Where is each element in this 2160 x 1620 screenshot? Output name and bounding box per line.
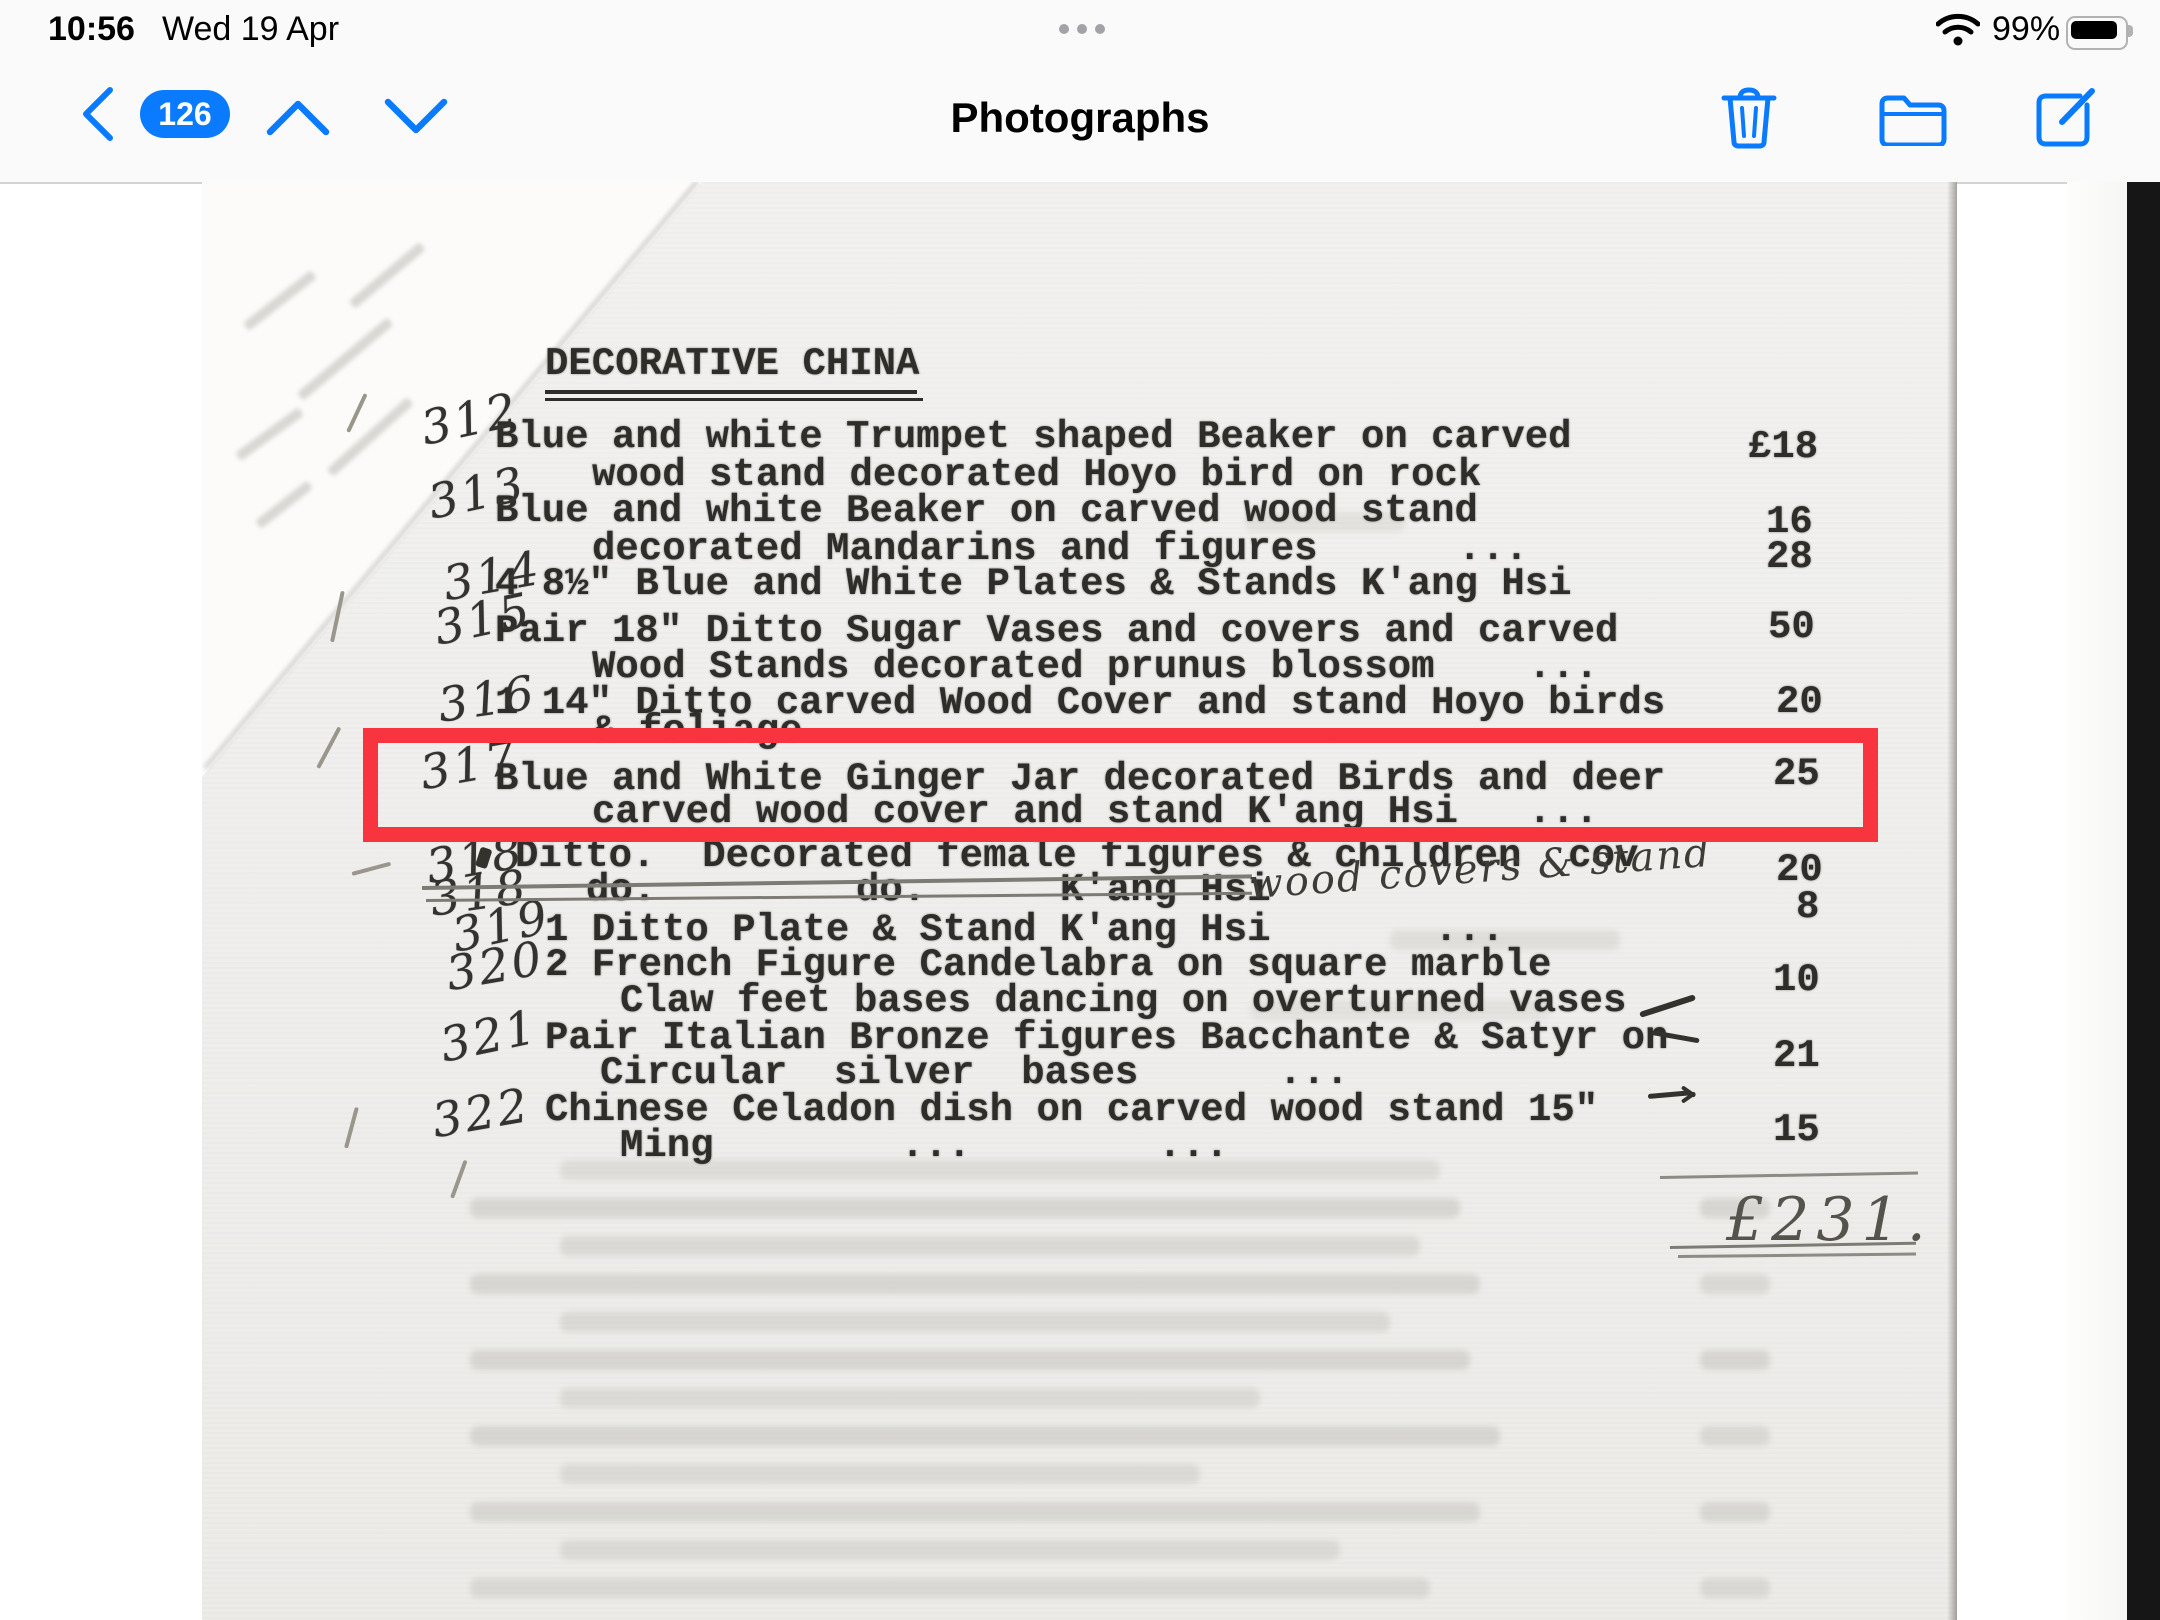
battery-cap	[2128, 25, 2133, 37]
next-photo-edge-dark	[2127, 182, 2160, 1620]
price-value-321: 21	[1773, 1037, 1820, 1076]
price-value-320: 10	[1773, 961, 1820, 1000]
bleed-through-text	[1700, 1578, 1770, 1598]
highlight-red-box	[363, 728, 1878, 842]
bleed-through-text	[560, 1464, 1200, 1484]
catalog-item-318-fragment: do.	[856, 871, 926, 910]
wifi-icon	[1936, 12, 1980, 46]
battery-icon	[2066, 16, 2128, 50]
bleed-through-text	[1700, 1350, 1770, 1370]
bleed-through-text	[470, 1502, 1480, 1522]
price-value-312: £18	[1748, 428, 1818, 467]
bleed-through-text	[1700, 1274, 1770, 1294]
bleed-through-text	[470, 1578, 1430, 1598]
catalog-item-312-line1: Blue and white Trumpet shaped Beaker on …	[495, 418, 1572, 457]
price-value-316: 20	[1776, 683, 1823, 722]
clock: 10:56	[48, 10, 135, 49]
page-title: Photographs	[0, 94, 2160, 142]
date: Wed 19 Apr	[162, 10, 339, 49]
price-value-315: 50	[1768, 608, 1815, 647]
paper-edge-shadow	[1947, 182, 1957, 1620]
bleed-through-text	[470, 1274, 1480, 1294]
ipad-screen: 10:56 Wed 19 Apr 99% 126 Photographs	[0, 0, 2160, 1620]
document-photograph[interactable]: DECORATIVE CHINA312Blue and white Trumpe…	[202, 182, 1957, 1620]
bleed-through-text	[560, 1312, 1390, 1332]
heading-underline	[545, 398, 923, 401]
mail-toolbar: 126 Photographs	[0, 54, 2160, 184]
bleed-through-text	[560, 1388, 1260, 1408]
folder-icon[interactable]	[1878, 92, 1948, 146]
bleed-through-text	[560, 1236, 1420, 1256]
bleed-through-text	[1700, 1426, 1770, 1446]
next-photo-edge-light	[2067, 182, 2127, 1620]
status-bar: 10:56 Wed 19 Apr 99%	[0, 0, 2160, 54]
catalog-item-314-line1: 4 8½" Blue and White Plates & Stands K'a…	[495, 565, 1572, 604]
bleed-through-text	[470, 1426, 1500, 1446]
bleed-through-text	[470, 1198, 1460, 1218]
trash-icon[interactable]	[1720, 86, 1778, 150]
bleed-through-text	[470, 1350, 1470, 1370]
total-amount-handwritten: £231.	[1726, 1185, 1933, 1255]
price-value-322: 15	[1773, 1111, 1820, 1150]
bleed-through-text	[1700, 1502, 1770, 1522]
document-heading: DECORATIVE CHINA	[545, 345, 919, 384]
heading-underline	[545, 390, 917, 394]
compose-icon[interactable]	[2034, 86, 2100, 150]
multitasking-dots-icon[interactable]	[1059, 24, 1105, 34]
catalog-item-322-line2: Ming ... ...	[620, 1127, 1229, 1166]
price-value-318: 8	[1796, 888, 1819, 927]
price-value-314: 28	[1766, 538, 1813, 577]
catalog-item-318-fragment: do.	[586, 871, 656, 910]
catalog-item-313-line1: Blue and white Beaker on carved wood sta…	[495, 492, 1478, 531]
battery-percent: 99%	[1992, 10, 2060, 49]
bleed-through-text	[560, 1540, 1340, 1560]
item-number-handwritten: 316	[435, 669, 539, 729]
